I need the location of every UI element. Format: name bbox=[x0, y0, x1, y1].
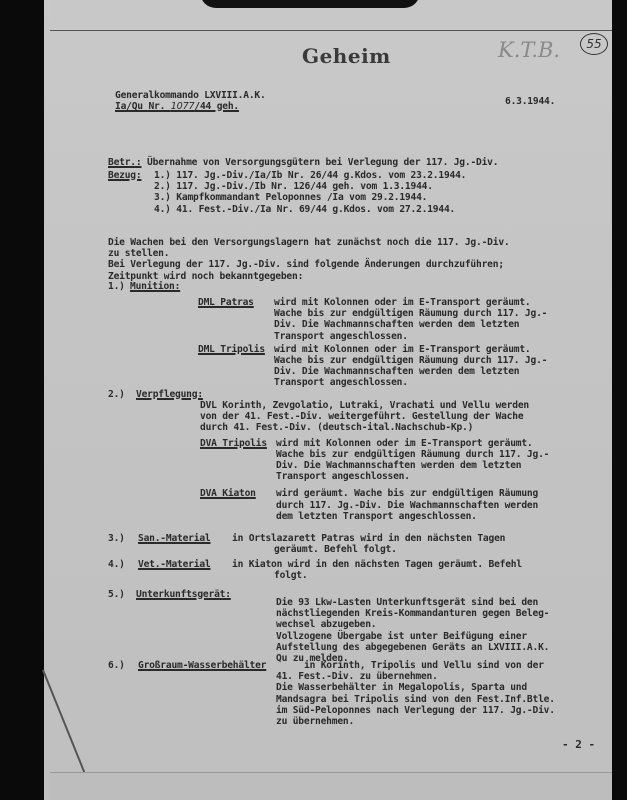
classification-stamp: Geheim bbox=[302, 44, 391, 68]
section-heading: Vet.-Material bbox=[138, 559, 211, 571]
reference-item: 2.) 117. Jg.-Div./Ib Nr. 126/44 geh. vom… bbox=[154, 181, 433, 193]
intro-line: Die Wachen bei den Versorgungslagern hat… bbox=[108, 237, 509, 249]
section-number: 5.) bbox=[108, 589, 125, 601]
section-number: 2.) bbox=[108, 389, 125, 401]
subject-line: Betr.: Übernahme von Versorgungsgütern b… bbox=[108, 157, 498, 169]
section-line: im Süd-Peloponnes nach Verlegung der 117… bbox=[276, 705, 555, 717]
entry-line: Transport angeschlossen. bbox=[274, 377, 408, 389]
section-line: folgt. bbox=[274, 570, 307, 582]
sender-line-2: Ia/Qu Nr. 1077/44 geh. bbox=[115, 101, 239, 113]
reference-item: 4.) 41. Fest.-Div./Ia Nr. 69/44 g.Kdos. … bbox=[154, 204, 455, 216]
section-line: nächstliegenden Kreis-Kommandanturen geg… bbox=[276, 608, 549, 620]
section-line: in Korinth, Tripolis und Vellu sind von … bbox=[304, 660, 544, 672]
section-line: Mandsagra bei Tripolis sind von den Fest… bbox=[276, 694, 555, 706]
entry-line: Transport angeschlossen. bbox=[274, 331, 408, 343]
binder-clip bbox=[200, 0, 420, 8]
entry-line: wird geräumt. Wache bis zur endgültigen … bbox=[276, 488, 538, 500]
reference-item: 3.) Kampfkommandant Peloponnes /Ia vom 2… bbox=[154, 192, 427, 204]
folio-number: 55 bbox=[580, 33, 608, 55]
entry-place: DML Patras bbox=[198, 297, 254, 309]
entry-line: wird mit Kolonnen oder im E-Transport ge… bbox=[276, 438, 533, 450]
sender-line-1: Generalkommando LXVIII.A.K. bbox=[115, 90, 266, 102]
entry-line: Div. Die Wachmannschaften werden dem let… bbox=[276, 460, 521, 472]
page-bottom-edge bbox=[50, 772, 612, 800]
entry-line: wird mit Kolonnen oder im E-Transport ge… bbox=[274, 297, 531, 309]
entry-line: durch 41. Fest.-Div. (deutsch-ital.Nachs… bbox=[200, 422, 473, 434]
entry-line: Wache bis zur endgültigen Räumung durch … bbox=[274, 355, 547, 367]
entry-line: wird mit Kolonnen oder im E-Transport ge… bbox=[274, 344, 531, 356]
section-line: 41. Fest.-Div. zu übernehmen. bbox=[276, 671, 438, 683]
section-number: 4.) bbox=[108, 559, 125, 571]
intro-line: zu stellen. bbox=[108, 248, 169, 260]
section-line: Aufstellung des abgegebenen Geräts an LX… bbox=[276, 642, 549, 654]
section-heading: Unterkunftsgerät: bbox=[136, 589, 231, 601]
reference-prefix: Ia/Qu Nr. bbox=[115, 101, 171, 112]
section-heading: Großraum-Wasserbehälter bbox=[138, 660, 266, 672]
section-line: Die Wasserbehälter in Megalopolis, Spart… bbox=[276, 682, 527, 694]
entry-line: durch 117. Jg.-Div. Die Wachmannschaften… bbox=[276, 500, 538, 512]
section-line: in Kiaton wird in den nächsten Tagen ger… bbox=[232, 559, 522, 571]
entry-line: Div. Die Wachmannschaften werden dem let… bbox=[274, 366, 519, 378]
references-label: Bezug: bbox=[108, 170, 141, 182]
section-heading: Verpflegung: bbox=[136, 389, 203, 401]
entry-line: Div. Die Wachmannschaften werden dem let… bbox=[274, 319, 519, 331]
entry-line: Wache bis zur endgültigen Räumung durch … bbox=[276, 449, 549, 461]
entry-line: von der 41. Fest.-Div. weitergeführt. Ge… bbox=[200, 411, 523, 423]
reference-number-handwritten: 1077 bbox=[171, 101, 195, 112]
entry-line: Transport angeschlossen. bbox=[276, 471, 410, 483]
subject-text: Übernahme von Versorgungsgütern bei Verl… bbox=[147, 157, 498, 168]
entry-place: DVA Kiaton bbox=[200, 488, 256, 500]
section-heading: San.-Material bbox=[138, 533, 211, 545]
reference-suffix: /44 geh. bbox=[194, 101, 239, 112]
section-number: 6.) bbox=[108, 660, 125, 672]
entry-line: DVL Korinth, Zevgolatio, Lutraki, Vracha… bbox=[200, 400, 529, 412]
intro-line: Bei Verlegung der 117. Jg.-Div. sind fol… bbox=[108, 259, 504, 271]
entry-place: DML Tripolis bbox=[198, 344, 265, 356]
section-line: zu übernehmen. bbox=[276, 716, 354, 728]
section-line: wechsel abzugeben. bbox=[276, 619, 376, 631]
entry-line: Wache bis zur endgültigen Räumung durch … bbox=[274, 308, 547, 320]
subject-label: Betr.: bbox=[108, 157, 141, 168]
section-heading: Munition: bbox=[130, 281, 180, 293]
section-line: Die 93 Lkw-Lasten Unterkunftsgerät sind … bbox=[276, 597, 538, 609]
section-number: 1.) bbox=[108, 281, 125, 293]
section-number: 3.) bbox=[108, 533, 125, 545]
document-date: 6.3.1944. bbox=[505, 96, 555, 108]
entry-line: dem letzten Transport angeschlossen. bbox=[276, 511, 477, 523]
section-line: in Ortslazarett Patras wird in den nächs… bbox=[232, 533, 505, 545]
section-line: Vollzogene Übergabe ist unter Beifügung … bbox=[276, 631, 527, 643]
entry-place: DVA Tripolis bbox=[200, 438, 267, 450]
handwritten-ktb-note: K.T.B. bbox=[498, 38, 560, 62]
reference-item: 1.) 117. Jg.-Div./Ia/Ib Nr. 26/44 g.Kdos… bbox=[154, 170, 466, 182]
page-marker: - 2 - bbox=[562, 738, 595, 751]
section-line: geräumt. Befehl folgt. bbox=[274, 544, 397, 556]
